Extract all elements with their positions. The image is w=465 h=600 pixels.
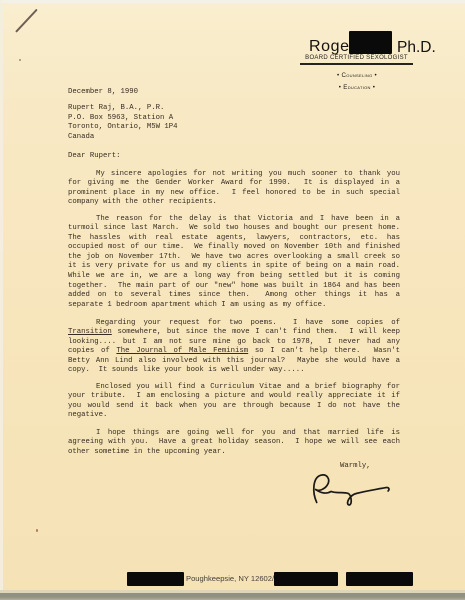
signature-scrawl xyxy=(303,471,398,511)
paragraph-5: I hope things are going well for you and… xyxy=(68,429,400,458)
text-line: The reason for the delay is that Victori… xyxy=(68,215,400,225)
text-line: negative. xyxy=(68,411,400,421)
salutation: Dear Rupert: xyxy=(68,152,400,162)
text-line: looking.... but I am not sure mine go ba… xyxy=(68,338,400,348)
text-line: Betty Ann Lind also involved with this j… xyxy=(68,357,400,367)
text-line: The hassles with real estate agents, law… xyxy=(68,234,400,244)
text-line: prominent place in my new office. I feel… xyxy=(68,189,400,199)
text-line: other sometime in the upcoming year. xyxy=(68,448,400,458)
text-line: Toronto, Ontario, M5W 1P4 xyxy=(68,123,400,133)
recipient-address: Rupert Raj, B.A., P.R.P.O. Box 5963, Sta… xyxy=(68,104,400,142)
text-line: you would send it back when you are thro… xyxy=(68,402,400,412)
scan-speck xyxy=(19,59,21,61)
text-line: Enclosed you will find a Curriculum Vita… xyxy=(68,383,400,393)
paragraph-2: The reason for the delay is that Victori… xyxy=(68,215,400,311)
redaction-box-footer-left xyxy=(127,572,184,586)
text-line: agreeing with you. Have a great holiday … xyxy=(68,438,400,448)
redaction-box-footer-middle xyxy=(274,572,338,586)
text-line: P.O. Box 5963, Station A xyxy=(68,114,400,124)
text-line: I hope things are going well for you and… xyxy=(68,429,400,439)
text-line: it is very private for us and my clients… xyxy=(68,262,400,272)
letterhead-credential: Ph.D. xyxy=(397,40,436,56)
scan-edge-left xyxy=(0,0,3,592)
closing: Warmly, xyxy=(340,462,371,472)
paragraph-3: Regarding your request for two poems. I … xyxy=(68,319,400,377)
text-line: company with the other recipients. xyxy=(68,198,400,208)
text-line: Rupert Raj, B.A., P.R. xyxy=(68,104,400,114)
redaction-box-footer-right xyxy=(346,572,413,586)
text-line: the job on November 17th. We have two ac… xyxy=(68,253,400,263)
text-line: your tribute. I am enclosing a picture a… xyxy=(68,392,400,402)
text-line: My sincere apologies for not writing you… xyxy=(68,170,400,180)
text-line: added on to several times since then. Am… xyxy=(68,291,400,301)
paragraph-1: My sincere apologies for not writing you… xyxy=(68,170,400,208)
scanned-letter-page: { "colors":{ "paper":"#f7e6bf", "ink":"#… xyxy=(0,0,465,600)
text-line: occupied most of our time. We finally mo… xyxy=(68,243,400,253)
letter-date: December 8, 1990 xyxy=(68,88,400,98)
text-line: separate 1 bedroom apartment which I am … xyxy=(68,301,400,311)
text-line: Transition somewhere, but since the move… xyxy=(68,328,400,338)
text-line: turmoil since last March. We sold two ho… xyxy=(68,224,400,234)
footer-location: Poughkeepsie, NY 12602/ xyxy=(186,574,274,583)
text-line: together. The main part of our "new" hom… xyxy=(68,282,400,292)
paragraph-4: Enclosed you will find a Curriculum Vita… xyxy=(68,383,400,421)
text-line: While we are in, we are a long way from … xyxy=(68,272,400,282)
scanner-background-strip xyxy=(0,593,465,600)
scan-speck xyxy=(36,529,38,532)
text-line: copy. It sounds like your book is well u… xyxy=(68,366,400,376)
text-line: Canada xyxy=(68,133,400,143)
text-line: for giving me the Gender Worker Award fo… xyxy=(68,179,400,189)
text-line: copies of The Journal of Male Feminism s… xyxy=(68,347,400,357)
text-line: Regarding your request for two poems. I … xyxy=(68,319,400,329)
